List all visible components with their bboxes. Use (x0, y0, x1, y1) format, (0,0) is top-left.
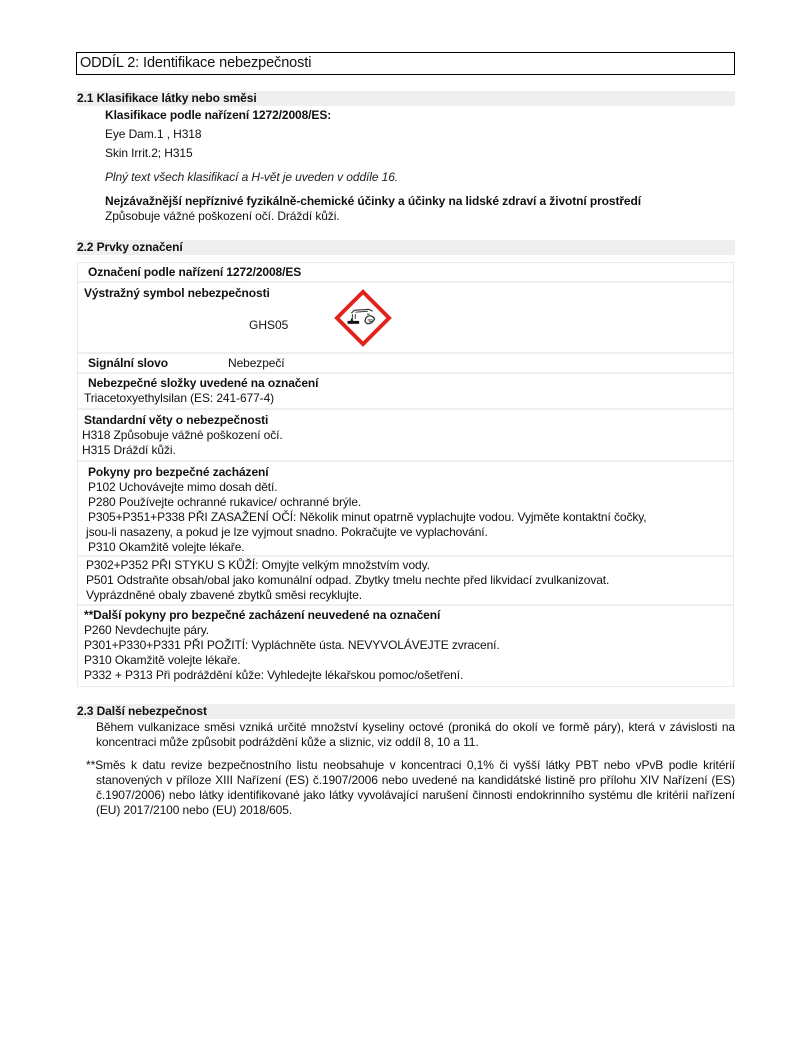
hazard-statements-row: Standardní věty o nebezpečnosti H318 Způ… (78, 410, 733, 462)
precaution-statement: P302+P352 PŘI STYKU S KŮŽÍ: Omyjte velký… (86, 558, 733, 573)
sds-section-2: ODDÍL 2: Identifikace nebezpečnosti 2.1 … (76, 52, 735, 818)
additional-precautions-row: **Další pokyny pro bezpečné zacházení ne… (78, 606, 733, 686)
precaution-statement: P102 Uchovávejte mimo dosah dětí. (88, 480, 733, 495)
additional-precaution: P332 + P313 Při podráždění kůže: Vyhlede… (84, 668, 733, 683)
other-hazards-block: Během vulkanizace směsi vzniká určité mn… (76, 720, 735, 750)
labelling-table: Označení podle nařízení 1272/2008/ES Výs… (77, 262, 734, 687)
precaution-statement: Vyprázdněné obaly zbavené zbytků směsi r… (86, 588, 733, 603)
labelling-title: Označení podle nařízení 1272/2008/ES (88, 265, 733, 280)
hazard-statements-title: Standardní věty o nebezpečnosti (84, 413, 733, 428)
classification-note: Plný text všech klasifikací a H-vět je u… (105, 170, 735, 185)
components-title: Nebezpečné složky uvedené na označení (88, 376, 733, 391)
hazard-statement: H318 Způsobuje vážné poškození očí. (82, 428, 733, 443)
corrosion-pictogram-icon (334, 289, 392, 347)
pbt-note-paragraph: **Směs k datu revize bezpečnostního list… (86, 758, 735, 818)
classification-title: Klasifikace podle nařízení 1272/2008/ES: (105, 108, 735, 123)
signal-word-label: Signální slovo (88, 356, 228, 371)
signal-word-row: Signální slovo Nebezpečí (78, 354, 733, 374)
classification-block: Klasifikace podle nařízení 1272/2008/ES:… (76, 108, 735, 224)
subsection-2-2-heading: 2.2 Prvky označení (76, 240, 735, 255)
additional-precaution: P260 Nevdechujte páry. (84, 623, 733, 638)
pbt-note-block: **Směs k datu revize bezpečnostního list… (76, 758, 735, 818)
precaution-statement: P501 Odstraňte obsah/obal jako komunální… (86, 573, 733, 588)
subsection-2-1-heading: 2.1 Klasifikace látky nebo směsi (76, 91, 735, 106)
section-title: ODDÍL 2: Identifikace nebezpečnosti (76, 52, 735, 75)
precaution-statement: P305+P351+P338 PŘI ZASAŽENÍ OČÍ: Několik… (88, 510, 733, 525)
classification-item: Eye Dam.1 , H318 (105, 127, 735, 142)
precautions-row: Pokyny pro bezpečné zacházení P102 Uchov… (78, 462, 733, 557)
classification-item: Skin Irrit.2; H315 (105, 146, 735, 161)
precautions-title: Pokyny pro bezpečné zacházení (88, 465, 733, 480)
components-value: Triacetoxyethylsilan (ES: 241-677-4) (84, 391, 733, 406)
precaution-statement: P280 Používejte ochranné rukavice/ ochra… (88, 495, 733, 510)
effects-title: Nejzávažnější nepříznivé fyzikálně-chemi… (105, 194, 735, 209)
effects-text: Způsobuje vážné poškození očí. Dráždí ků… (105, 209, 735, 224)
signal-word-value: Nebezpečí (228, 356, 284, 371)
precaution-statement: P310 Okamžitě volejte lékaře. (88, 540, 733, 555)
labelling-row: Označení podle nařízení 1272/2008/ES (78, 263, 733, 283)
components-row: Nebezpečné složky uvedené na označení Tr… (78, 374, 733, 410)
additional-precaution: P301+P330+P331 PŘI POŽITÍ: Vypláchněte ú… (84, 638, 733, 653)
precaution-statement: jsou-li nasazeny, a pokud je lze vyjmout… (86, 525, 733, 540)
additional-precautions-title: **Další pokyny pro bezpečné zacházení ne… (84, 608, 733, 623)
precautions-row-2: P302+P352 PŘI STYKU S KŮŽÍ: Omyjte velký… (78, 557, 733, 606)
subsection-2-3-heading: 2.3 Další nebezpečnost (76, 704, 735, 719)
additional-precaution: P310 Okamžitě volejte lékaře. (84, 653, 733, 668)
pictogram-code: GHS05 (249, 318, 288, 332)
pictogram-row: Výstražný symbol nebezpečnosti GHS05 (78, 283, 733, 354)
hazard-statement: H315 Dráždí kůži. (82, 443, 733, 458)
other-hazards-paragraph: Během vulkanizace směsi vzniká určité mn… (96, 720, 735, 750)
